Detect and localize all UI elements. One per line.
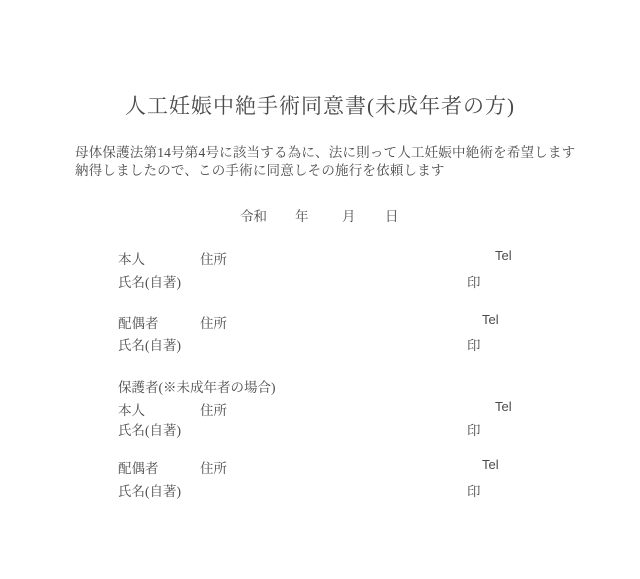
signature-name-label: 氏名(自著) — [118, 334, 181, 354]
signer-role-label: 本人 — [118, 248, 145, 268]
address-label: 住所 — [200, 457, 227, 477]
signature-name-label: 氏名(自著) — [118, 419, 181, 439]
signer-block-self: 本人 住所 Tel 氏名(自著) 印 — [0, 248, 640, 294]
tel-label: Tel — [482, 312, 499, 327]
signer-block-spouse: 配偶者 住所 Tel 氏名(自著) 印 — [0, 312, 640, 358]
signer-role-label: 配偶者 — [118, 457, 159, 477]
address-label: 住所 — [200, 248, 227, 268]
date-day-label: 日 — [385, 205, 399, 225]
address-label: 住所 — [200, 312, 227, 332]
signer-role-label: 本人 — [118, 399, 145, 419]
date-year-label: 年 — [295, 205, 309, 225]
consent-form-document: 人工妊娠中絶手術同意書(未成年者の方) 母体保護法第14号第4号に該当する為に、… — [0, 0, 640, 579]
signature-name-label: 氏名(自著) — [118, 480, 181, 500]
signature-name-label: 氏名(自著) — [118, 271, 181, 291]
date-line: 令和 年 月 日 — [0, 205, 640, 223]
signer-role-label: 配偶者 — [118, 312, 159, 332]
guardian-block-self: 本人 住所 Tel 氏名(自著) 印 — [0, 399, 640, 445]
guardian-section-header: 保護者(※未成年者の場合) — [118, 376, 276, 396]
tel-label: Tel — [495, 248, 512, 263]
seal-label: 印 — [467, 419, 481, 439]
tel-label: Tel — [482, 457, 499, 472]
intro-paragraph: 母体保護法第14号第4号に該当する為に、法に則って人工妊娠中絶術を希望します 納… — [75, 144, 575, 179]
tel-label: Tel — [495, 399, 512, 414]
address-label: 住所 — [200, 399, 227, 419]
date-era-label: 令和 — [240, 205, 267, 225]
guardian-block-spouse: 配偶者 住所 Tel 氏名(自著) 印 — [0, 457, 640, 503]
intro-line-1: 母体保護法第14号第4号に該当する為に、法に則って人工妊娠中絶術を希望します — [75, 144, 575, 162]
seal-label: 印 — [467, 334, 481, 354]
seal-label: 印 — [467, 271, 481, 291]
seal-label: 印 — [467, 480, 481, 500]
date-month-label: 月 — [342, 205, 356, 225]
form-title: 人工妊娠中絶手術同意書(未成年者の方) — [0, 90, 640, 120]
intro-line-2: 納得しましたので、この手術に同意しその施行を依頼します — [75, 162, 575, 180]
